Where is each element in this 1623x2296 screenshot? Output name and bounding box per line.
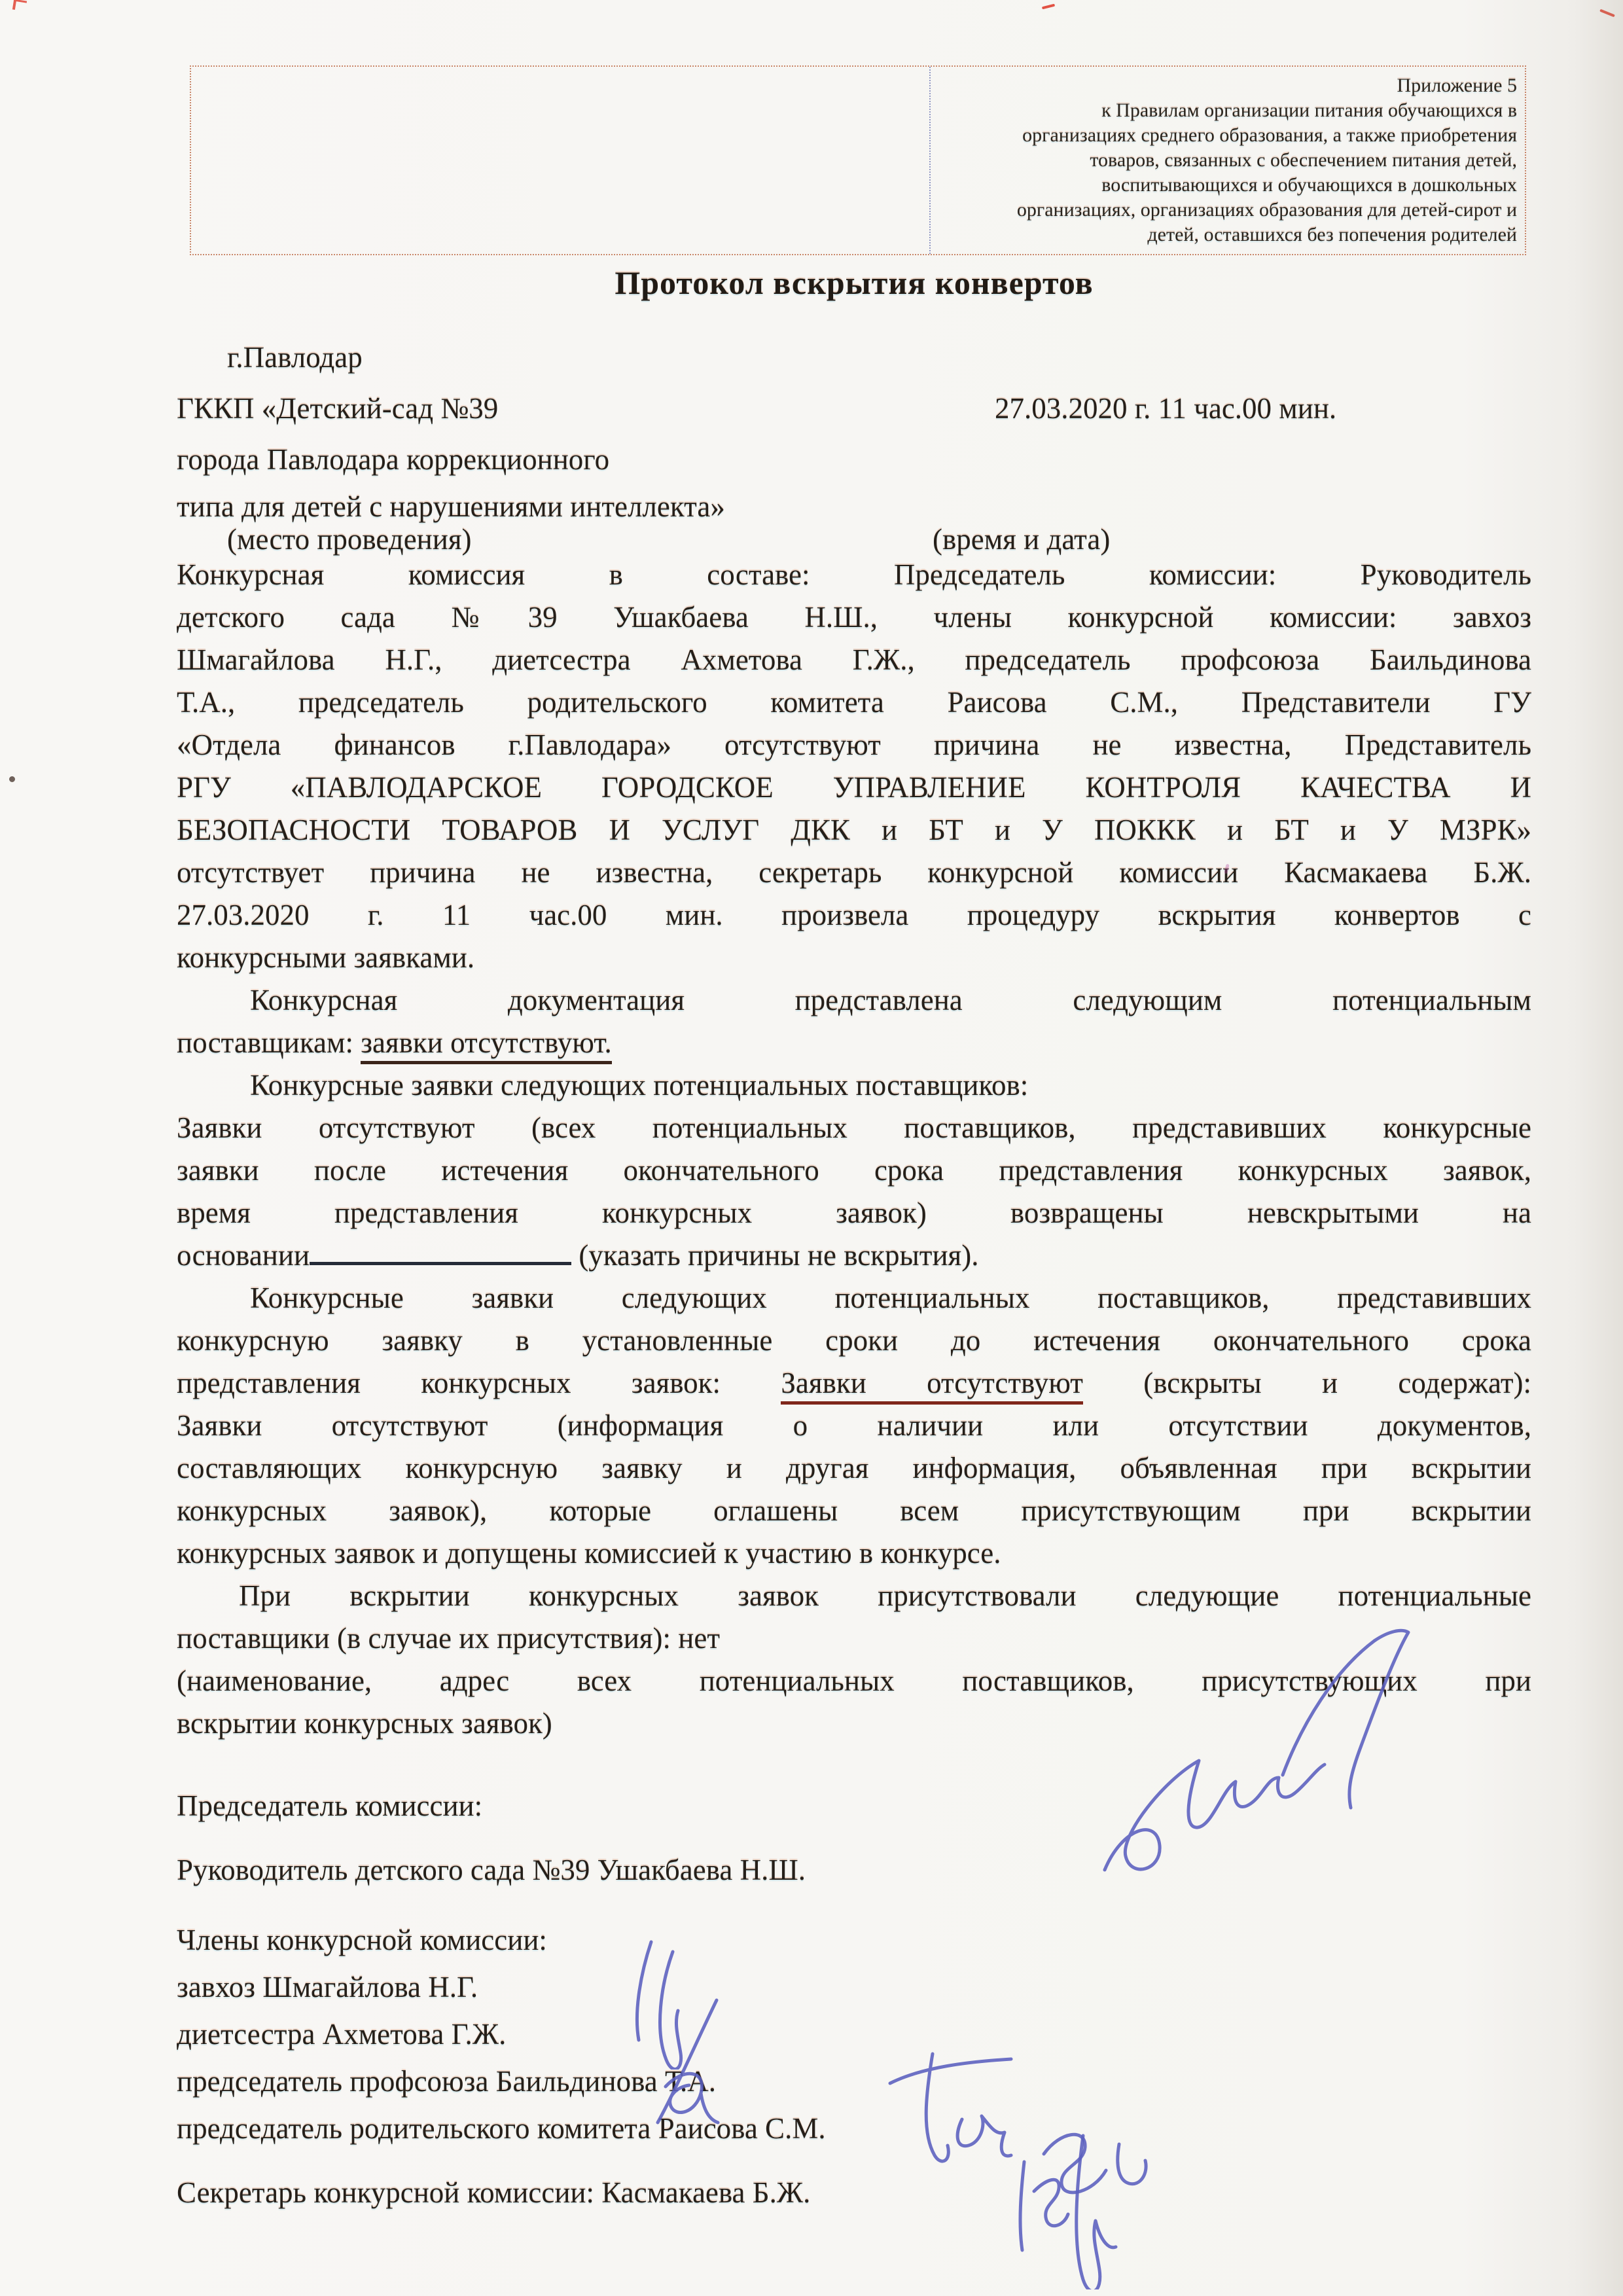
body-line: Т.А., председатель родительского комитет… [177,681,1531,724]
scanned-protocol-page: Приложение 5 к Правилам организации пита… [0,0,1623,2296]
signature-member-2 [638,1988,743,2132]
document-title: Протокол вскрытия конвертов [177,264,1531,302]
body-line: составляющих конкурсную заявку и другая … [177,1447,1531,1490]
appendix-line: воспитывающихся и обучающихся в дошкольн… [937,173,1517,198]
place-caption: (место проведения) [227,522,472,556]
header-org-line3: типа для детей с нарушениями интеллекта» [177,490,725,524]
body-line: детского сада №39 Ушакбаева Н.Ш., члены … [177,596,1531,639]
body-line: При вскрытии конкурсных заявок присутств… [177,1575,1531,1617]
body-line: время представления конкурсных заявок) в… [177,1192,1531,1234]
body-text-segment: поставщикам: [177,1026,361,1059]
member-line: завхоз Шмагайлова Н.Г. [177,1970,478,2004]
signature-member-4 [1021,2092,1165,2210]
appendix-line: организациях среднего образования, а так… [937,123,1517,148]
appendix-line: к Правилам организации питания обучающих… [937,98,1517,123]
body-line: конкурсных заявок и допущены комиссией к… [177,1532,1531,1575]
signature-member-3 [870,2028,1021,2168]
document-body: Конкурсная комиссия в составе: Председат… [177,554,1531,1745]
body-line: Заявки отсутствуют (всех потенциальных п… [177,1107,1531,1149]
appendix-line: организациях, организациях образования д… [937,198,1517,223]
appendix-line: детей, оставшихся без попечения родителе… [937,223,1517,247]
body-line: Конкурсные заявки следующих потенциальны… [177,1277,1531,1319]
header-org-line2: города Павлодара коррекционного [177,442,609,476]
scan-artifact-mark [1599,9,1615,18]
scan-artifact-mark [12,0,27,11]
signature-member-1 [615,1932,707,2070]
body-line: конкурсными заявками. [177,937,1531,979]
body-line: основании (указать причины не вскрытия). [177,1234,1531,1277]
body-line: РГУ «ПАВЛОДАРСКОЕ ГОРОДСКОЕ УПРАВЛЕНИЕ К… [177,766,1531,809]
scan-artifact-dot [9,776,15,782]
body-line: Конкурсная документация представлена сле… [177,979,1531,1022]
body-line: представления конкурсных заявок: Заявки … [177,1362,1531,1405]
body-line: Конкурсные заявки следующих потенциальны… [177,1064,1531,1107]
body-text-segment: представления конкурсных заявок: [177,1367,781,1399]
appendix-line: Приложение 5 [937,73,1517,98]
body-text-segment: (вскрыты и содержат): [1083,1367,1531,1399]
body-line: поставщики (в случае их присутствия): не… [177,1617,1531,1660]
body-line: 27.03.2020 г. 11 час.00 мин. произвела п… [177,894,1531,937]
header-datetime: 27.03.2020 г. 11 час.00 мин. [995,391,1336,425]
appendix-line: товаров, связанных с обеспечением питани… [937,148,1517,173]
body-line: (наименование, адрес всех потенциальных … [177,1660,1531,1702]
appendix-box: Приложение 5 к Правилам организации пита… [190,65,1526,255]
header-org-line1: ГККП «Детский-сад №39 [177,391,498,425]
appendix-box-divider [929,67,931,254]
appendix-text: Приложение 5 к Правилам организации пита… [937,73,1517,247]
body-line: отсутствует причина не известна, секрета… [177,852,1531,894]
body-line: заявки после истечения окончательного ср… [177,1149,1531,1192]
chairman-name: Руководитель детского сада №39 Ушакбаева… [177,1853,806,1887]
body-line: поставщикам: заявки отсутствуют. [177,1022,1531,1064]
members-label: Члены конкурсной комиссии: [177,1923,547,1957]
body-line: Заявки отсутствуют (информация о наличии… [177,1405,1531,1447]
body-line: конкурсных заявок), которые оглашены все… [177,1490,1531,1532]
member-line: диетсестра Ахметова Г.Ж. [177,2017,506,2051]
member-line: председатель профсоюза Баильдинова Т.А. [177,2064,716,2098]
body-line: конкурсную заявку в установленные сроки … [177,1319,1531,1362]
signature-secretary [995,2113,1171,2289]
scan-artifact-mark [1042,4,1055,10]
blank-underline [310,1255,571,1265]
header-city: г.Павлодар [227,340,363,374]
member-line: председатель родительского комитета Раис… [177,2111,826,2145]
underlined-value: Заявки отсутствуют [781,1367,1083,1405]
body-text-segment: (указать причины не вскрытия). [571,1239,978,1272]
underlined-value: заявки отсутствуют. [361,1026,612,1064]
body-text-segment: основании [177,1239,310,1272]
datetime-caption: (время и дата) [933,522,1110,556]
body-line: Конкурсная комиссия в составе: Председат… [177,554,1531,596]
secretary-line: Секретарь конкурсной комиссии: Касмакаев… [177,2176,810,2210]
body-line: «Отдела финансов г.Павлодара» отсутствую… [177,724,1531,766]
chairman-label: Председатель комиссии: [177,1789,482,1823]
body-line: вскрытии конкурсных заявок) [177,1702,1531,1745]
body-line: Шмагайлова Н.Г., диетсестра Ахметова Г.Ж… [177,639,1531,681]
body-line: БЕЗОПАСНОСТИ ТОВАРОВ И УСЛУГ ДКК и БТ и … [177,809,1531,852]
